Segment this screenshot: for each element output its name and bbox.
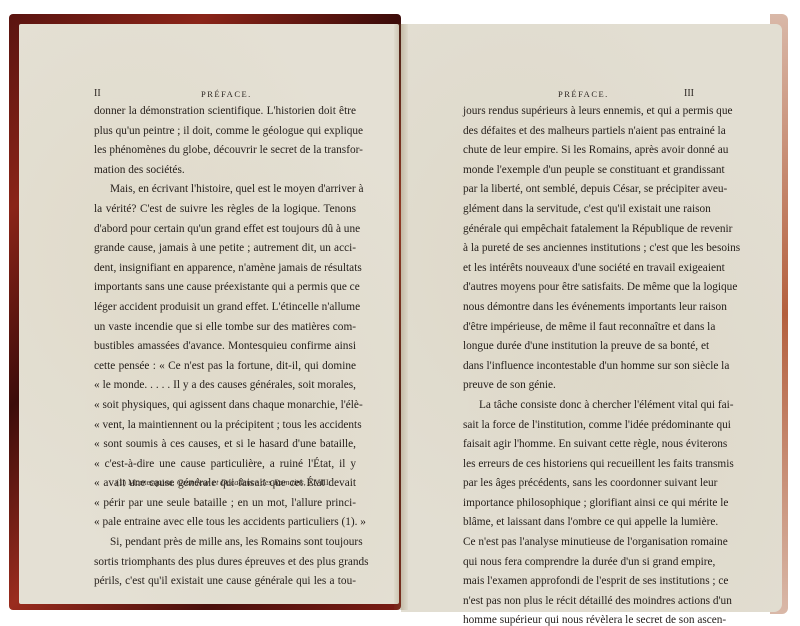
- text-line: longue durée d'une institution la preuve…: [463, 337, 695, 357]
- text-line: homme supérieur qui nous révèlera le sec…: [463, 611, 695, 626]
- book-spine-gutter: [394, 24, 408, 610]
- footnote-title: Grandeur et Décadence des Romains,: [177, 477, 306, 487]
- text-line: les erreurs de ces historiens qui recuei…: [463, 455, 695, 475]
- text-line: monde l'exemple d'un peuple se constitua…: [463, 161, 695, 181]
- text-line: preuve de son génie.: [463, 376, 695, 396]
- text-line: léger accident produisit un grand effet.…: [94, 298, 356, 318]
- text-line: qui nous fera comprendre la durée d'un s…: [463, 553, 695, 573]
- text-line: « périr par une seule bataille ; en un m…: [94, 494, 356, 514]
- text-line: « c'est-à-dire une cause particulière, a…: [94, 455, 356, 475]
- text-line: « sont soumis à ces causes, et si le has…: [94, 435, 356, 455]
- text-line: à la pureté de ses anciennes institution…: [463, 239, 695, 259]
- right-page-number: III: [684, 88, 694, 99]
- text-line: importants sans une cause préexistante q…: [94, 278, 356, 298]
- text-line: des défaites et des malheurs partiels n'…: [463, 122, 695, 142]
- text-line: « vent, la maintiennent ou la précipiten…: [94, 416, 356, 436]
- text-line: nous démontre dans les événements import…: [463, 298, 695, 318]
- text-line: sortis triomphants des plus dures épreuv…: [94, 553, 356, 573]
- text-line: glément dans la servitude, c'est qu'il e…: [463, 200, 695, 220]
- footnote-marker: (1): [116, 477, 126, 487]
- text-line: d'abord pour certain qu'un grand effet e…: [94, 220, 356, 240]
- text-line: chute de leur empire. Si les Romains, ap…: [463, 141, 695, 161]
- footnote: (1) Montesquieu, Grandeur et Décadence d…: [116, 477, 331, 487]
- text-line: d'être impérieuse, de même il faut recon…: [463, 318, 695, 338]
- text-line: « le monde. . . . . Il y a des causes gé…: [94, 376, 356, 396]
- text-line: grande cause, jamais à une petite ; autr…: [94, 239, 356, 259]
- text-line: dent, insignifiant en apparence, n'amène…: [94, 259, 356, 279]
- text-line: les phénomènes du globe, découvrir le se…: [94, 141, 356, 161]
- text-line: mation des sociétés.: [94, 161, 356, 181]
- text-line: et les intérêts nouveaux d'une société e…: [463, 259, 695, 279]
- text-line: n'est pas non plus le récit détaillé des…: [463, 592, 695, 612]
- text-line: Ce n'est pas l'analyse minutieuse de l'o…: [463, 533, 695, 553]
- right-page-body: jours rendus supérieurs à leurs ennemis,…: [463, 102, 695, 626]
- text-line: faisait agir l'homme. En suivant cette r…: [463, 435, 695, 455]
- text-line: générale qui empêchait fatalement la Rép…: [463, 220, 695, 240]
- text-line: périls, c'est qu'il existait une cause g…: [94, 572, 356, 592]
- text-line: donner la démonstration scientifique. L'…: [94, 102, 356, 122]
- text-line: importance philosophique ; glorifiant ai…: [463, 494, 695, 514]
- text-line: un vaste incendie que si elle tombe sur …: [94, 318, 356, 338]
- text-line: la vérité? C'est de suivre les règles de…: [94, 200, 356, 220]
- footnote-chapter: XVIII.: [308, 477, 331, 487]
- text-line: par les âges précédents, sans les coordo…: [463, 474, 695, 494]
- text-line: plus qu'un peintre ; il doit, comme le g…: [94, 122, 356, 142]
- text-line: dans l'influence incontestable d'un homm…: [463, 357, 695, 377]
- text-line: « soit physiques, qui agissent dans chaq…: [94, 396, 356, 416]
- text-line: « pale entraine avec elle tous les accid…: [94, 513, 356, 533]
- text-line: cette pensée : « Ce n'est pas la fortune…: [94, 357, 356, 377]
- text-line: Mais, en écrivant l'histoire, quel est l…: [94, 180, 356, 200]
- left-page-body: donner la démonstration scientifique. L'…: [94, 102, 356, 592]
- text-line: sait la force de l'institution, comme l'…: [463, 416, 695, 436]
- text-line: d'autres moyens pour être satisfaits. De…: [463, 278, 695, 298]
- left-running-head: PRÉFACE.: [201, 89, 252, 99]
- text-line: bustibles amassées d'avance. Montesquieu…: [94, 337, 356, 357]
- footnote-author: Montesquieu,: [128, 477, 175, 487]
- left-page-number: II: [94, 88, 101, 99]
- text-line: blâme, et laissant dans l'ombre ce qui a…: [463, 513, 695, 533]
- right-running-head: PRÉFACE.: [558, 89, 609, 99]
- text-line: par la liberté, ont semblé, depuis César…: [463, 180, 695, 200]
- text-line: La tâche consiste donc à chercher l'élém…: [463, 396, 695, 416]
- text-line: mais l'examen approfondi de l'esprit de …: [463, 572, 695, 592]
- text-line: jours rendus supérieurs à leurs ennemis,…: [463, 102, 695, 122]
- text-line: Si, pendant près de mille ans, les Romai…: [94, 533, 356, 553]
